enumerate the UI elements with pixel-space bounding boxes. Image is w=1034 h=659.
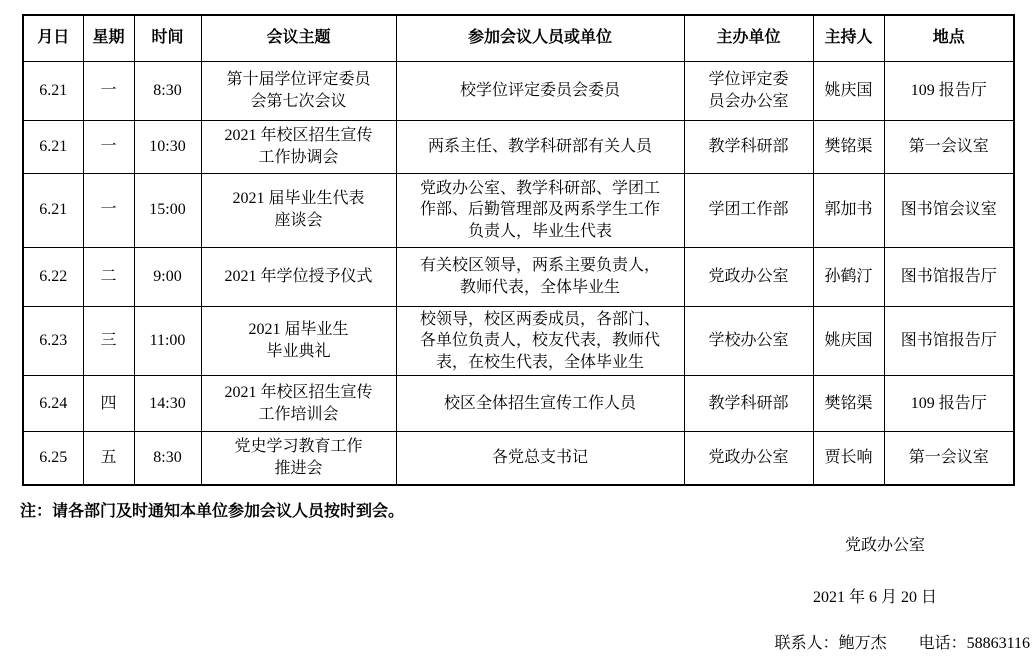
- location-cell: 109 报告厅: [884, 61, 1014, 120]
- header-time: 时间: [134, 15, 201, 61]
- host-cell: 孙鹤汀: [813, 247, 884, 306]
- table-row: 6.21 一 15:00 2021 届毕业生代表 座谈会 党政办公室、教学科研部…: [23, 173, 1014, 247]
- subject-cell: 第十届学位评定委员 会第七次会议: [201, 61, 396, 120]
- host-cell: 姚庆国: [813, 61, 884, 120]
- time-cell: 11:00: [134, 306, 201, 376]
- contact-person: 联系人：鲍万杰: [775, 630, 887, 653]
- participants-cell: 校领导，校区两委成员，各部门、 各单位负责人，校友代表，教师代 表，在校生代表，…: [396, 306, 684, 376]
- organizer-cell: 党政办公室: [684, 432, 813, 485]
- organizer-cell: 学校办公室: [684, 306, 813, 376]
- time-cell: 9:00: [134, 247, 201, 306]
- date-cell: 6.24: [23, 376, 83, 432]
- time-cell: 8:30: [134, 61, 201, 120]
- table-row: 6.21 一 10:30 2021 年校区招生宣传 工作协调会 两系主任、教学科…: [23, 120, 1014, 173]
- weekday-cell: 三: [83, 306, 134, 376]
- participants-cell: 校学位评定委员会委员: [396, 61, 684, 120]
- participants-cell: 党政办公室、教学科研部、学团工 作部、后勤管理部及两系学生工作 负责人，毕业生代…: [396, 173, 684, 247]
- organizer-cell: 党政办公室: [684, 247, 813, 306]
- location-cell: 图书馆报告厅: [884, 247, 1014, 306]
- date-cell: 6.25: [23, 432, 83, 485]
- table-row: 6.25 五 8:30 党史学习教育工作 推进会 各党总支书记 党政办公室 贾长…: [23, 432, 1014, 485]
- organizer-cell: 学团工作部: [684, 173, 813, 247]
- header-subject: 会议主题: [201, 15, 396, 61]
- weekday-cell: 一: [83, 61, 134, 120]
- host-cell: 郭加书: [813, 173, 884, 247]
- location-cell: 第一会议室: [884, 120, 1014, 173]
- meeting-schedule-table: 月日 星期 时间 会议主题 参加会议人员或单位 主办单位 主持人 地点 6.21…: [22, 14, 1015, 486]
- time-cell: 14:30: [134, 376, 201, 432]
- table-header-row: 月日 星期 时间 会议主题 参加会议人员或单位 主办单位 主持人 地点: [23, 15, 1014, 61]
- location-cell: 第一会议室: [884, 432, 1014, 485]
- date-cell: 6.22: [23, 247, 83, 306]
- subject-cell: 2021 届毕业生代表 座谈会: [201, 173, 396, 247]
- header-location: 地点: [884, 15, 1014, 61]
- location-cell: 图书馆会议室: [884, 173, 1014, 247]
- weekday-cell: 四: [83, 376, 134, 432]
- time-cell: 15:00: [134, 173, 201, 247]
- weekday-cell: 一: [83, 120, 134, 173]
- subject-cell: 党史学习教育工作 推进会: [201, 432, 396, 485]
- table-row: 6.21 一 8:30 第十届学位评定委员 会第七次会议 校学位评定委员会委员 …: [23, 61, 1014, 120]
- weekday-cell: 五: [83, 432, 134, 485]
- time-cell: 10:30: [134, 120, 201, 173]
- weekday-cell: 二: [83, 247, 134, 306]
- host-cell: 樊铭渠: [813, 120, 884, 173]
- date-cell: 6.21: [23, 61, 83, 120]
- subject-cell: 2021 年校区招生宣传 工作协调会: [201, 120, 396, 173]
- header-weekday: 星期: [83, 15, 134, 61]
- participants-cell: 有关校区领导，两系主要负责人， 教师代表，全体毕业生: [396, 247, 684, 306]
- contact-line: 联系人：鲍万杰 电话：58863116: [775, 630, 1030, 653]
- table-row: 6.22 二 9:00 2021 年学位授予仪式 有关校区领导，两系主要负责人，…: [23, 247, 1014, 306]
- host-cell: 樊铭渠: [813, 376, 884, 432]
- issue-date: 2021 年 6 月 20 日: [813, 584, 937, 607]
- organizer-cell: 教学科研部: [684, 120, 813, 173]
- header-participants: 参加会议人员或单位: [396, 15, 684, 61]
- subject-cell: 2021 届毕业生 毕业典礼: [201, 306, 396, 376]
- subject-cell: 2021 年校区招生宣传 工作培训会: [201, 376, 396, 432]
- location-cell: 109 报告厅: [884, 376, 1014, 432]
- location-cell: 图书馆报告厅: [884, 306, 1014, 376]
- table-row: 6.23 三 11:00 2021 届毕业生 毕业典礼 校领导，校区两委成员，各…: [23, 306, 1014, 376]
- host-cell: 贾长响: [813, 432, 884, 485]
- participants-cell: 各党总支书记: [396, 432, 684, 485]
- issuing-department: 党政办公室: [845, 532, 925, 555]
- organizer-cell: 学位评定委 员会办公室: [684, 61, 813, 120]
- weekday-cell: 一: [83, 173, 134, 247]
- date-cell: 6.23: [23, 306, 83, 376]
- time-cell: 8:30: [134, 432, 201, 485]
- header-host: 主持人: [813, 15, 884, 61]
- notice-text: 注：请各部门及时通知本单位参加会议人员按时到会。: [20, 498, 404, 521]
- header-date: 月日: [23, 15, 83, 61]
- subject-cell: 2021 年学位授予仪式: [201, 247, 396, 306]
- date-cell: 6.21: [23, 120, 83, 173]
- date-cell: 6.21: [23, 173, 83, 247]
- table-row: 6.24 四 14:30 2021 年校区招生宣传 工作培训会 校区全体招生宣传…: [23, 376, 1014, 432]
- host-cell: 姚庆国: [813, 306, 884, 376]
- header-organizer: 主办单位: [684, 15, 813, 61]
- meeting-schedule-page: 月日 星期 时间 会议主题 参加会议人员或单位 主办单位 主持人 地点 6.21…: [0, 0, 1034, 659]
- organizer-cell: 教学科研部: [684, 376, 813, 432]
- contact-phone: 电话：58863116: [919, 630, 1030, 653]
- participants-cell: 校区全体招生宣传工作人员: [396, 376, 684, 432]
- participants-cell: 两系主任、教学科研部有关人员: [396, 120, 684, 173]
